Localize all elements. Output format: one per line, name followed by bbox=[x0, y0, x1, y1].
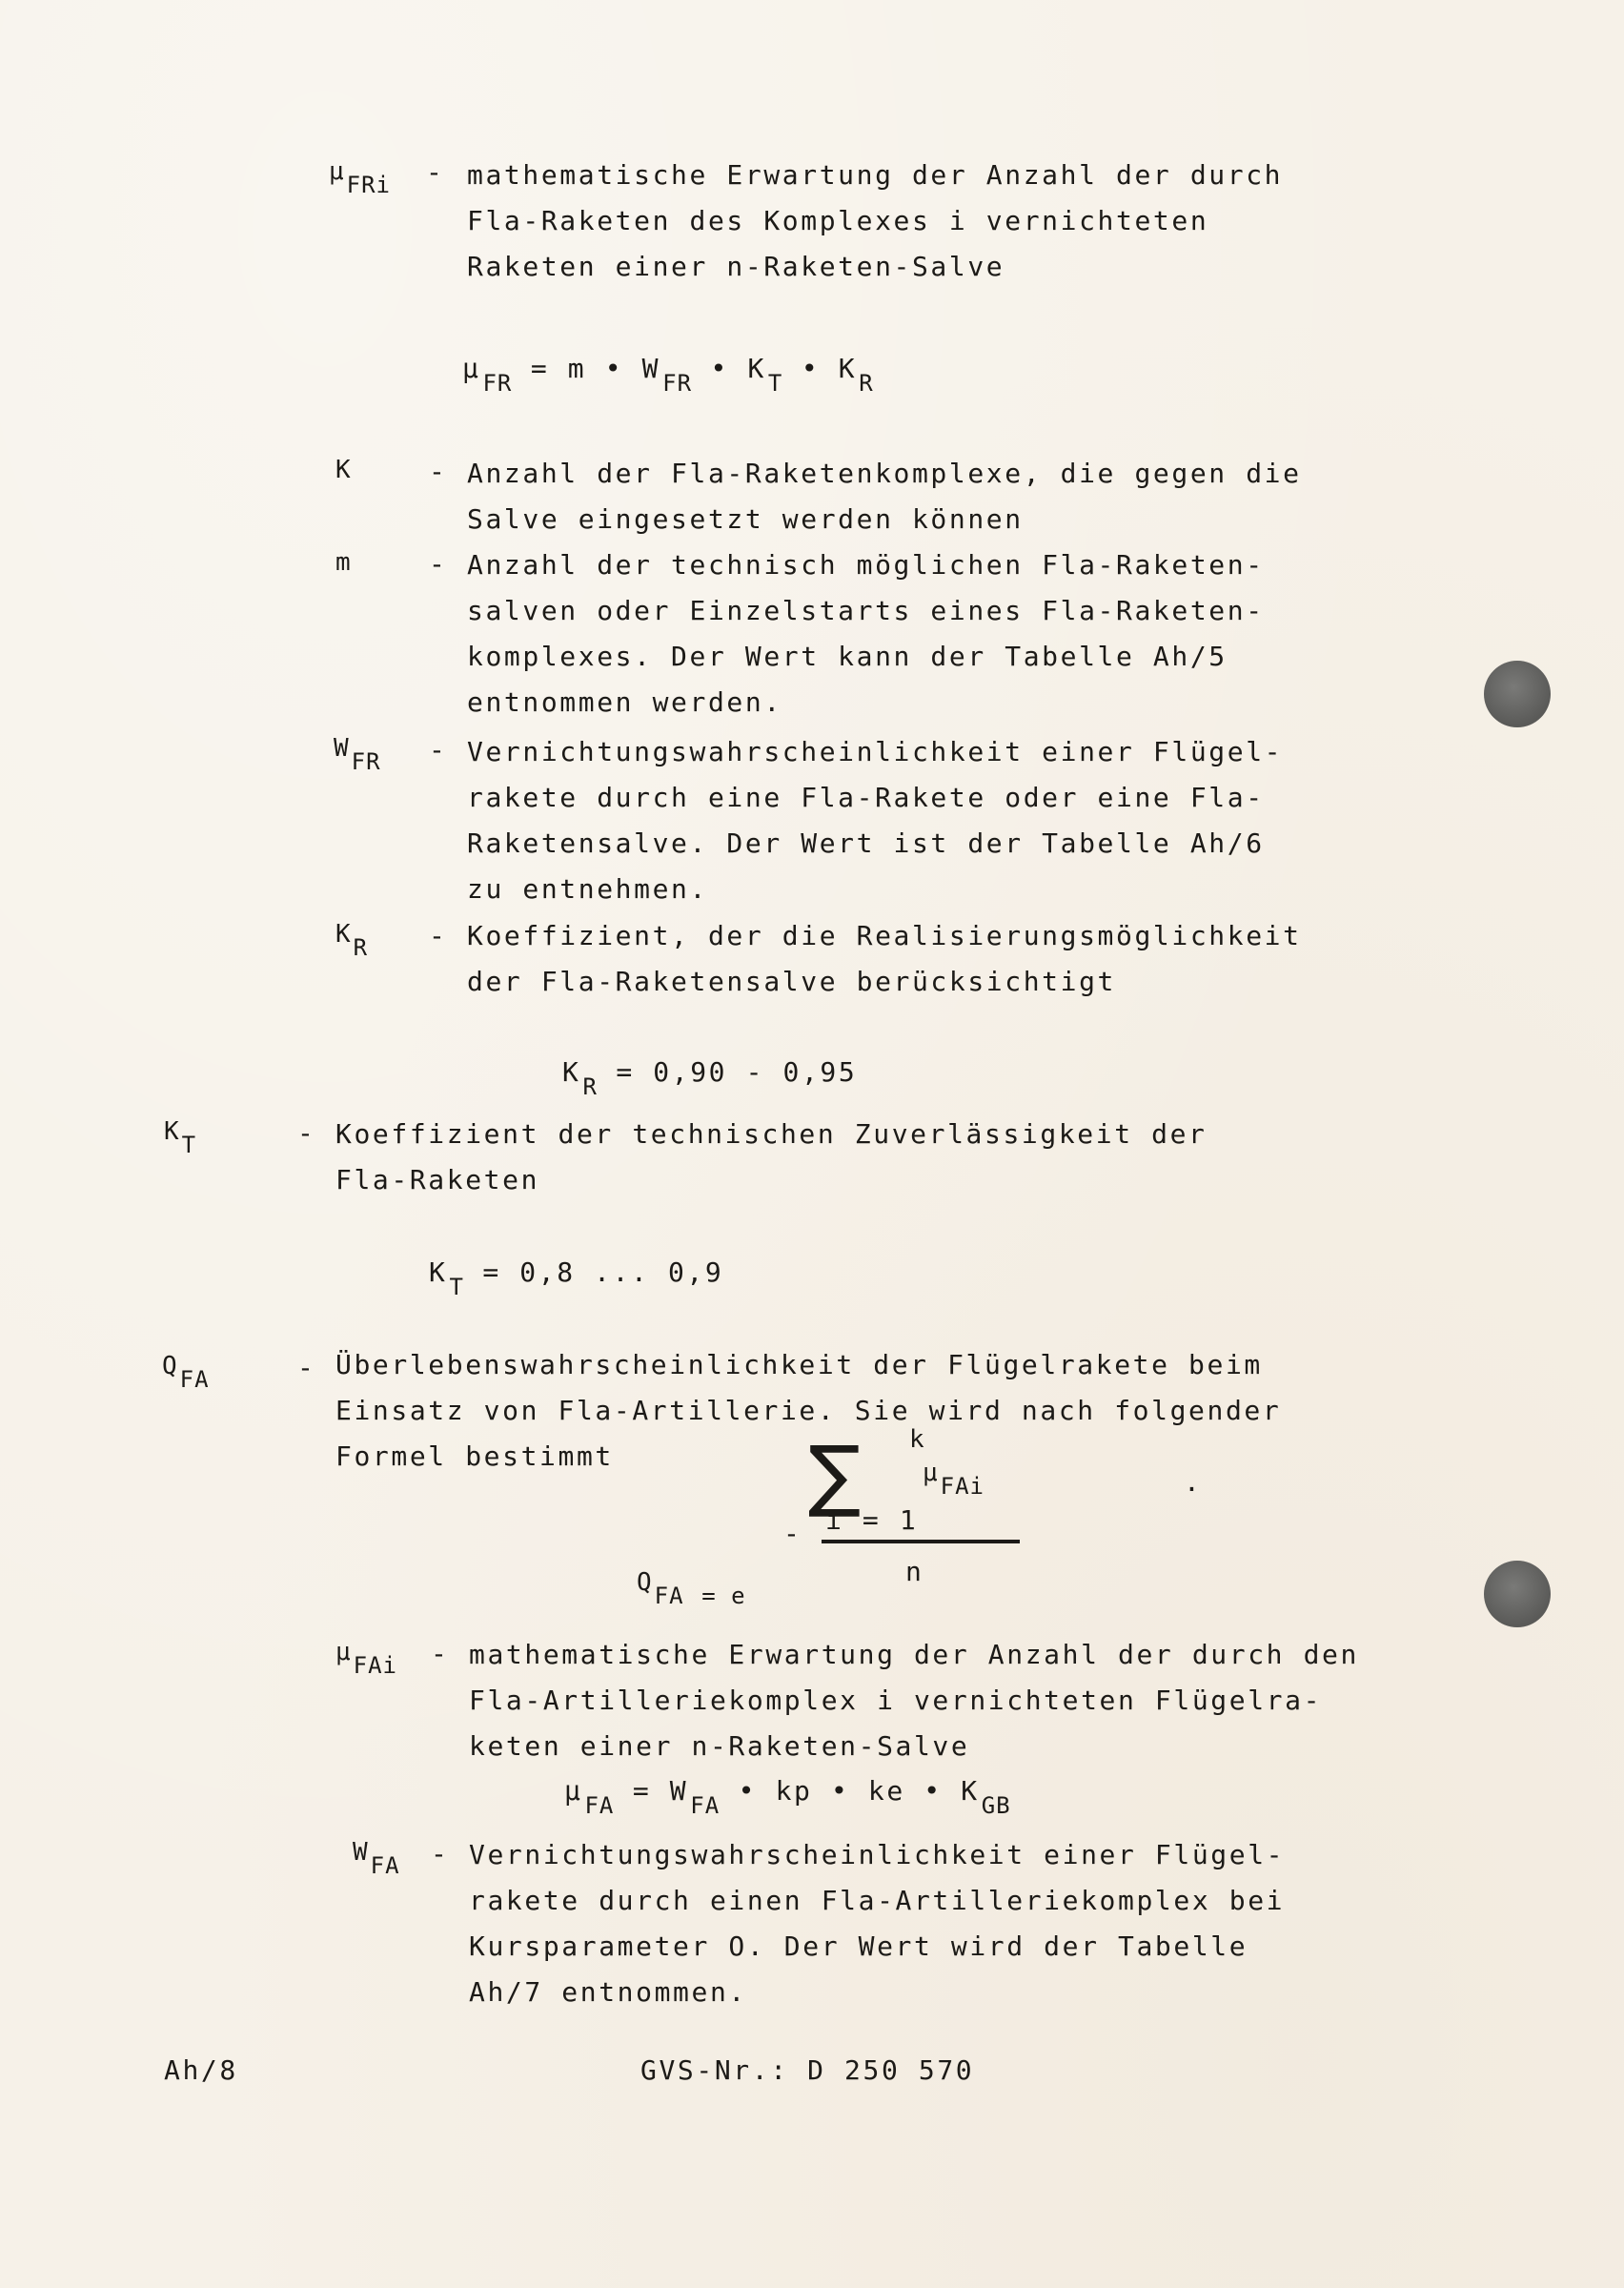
formula-mu-fr: μFR = m • WFR • KT • KR bbox=[462, 353, 874, 384]
text-line: Koeffizient, der die Realisierungsmöglic… bbox=[467, 913, 1302, 959]
definition-k-r: Koeffizient, der die Realisierungsmöglic… bbox=[467, 913, 1302, 1005]
text-line: Ah/7 entnommen. bbox=[469, 1970, 1285, 2015]
definition-mu-fai: mathematische Erwartung der Anzahl der d… bbox=[469, 1632, 1359, 1769]
text-line: salven oder Einzelstarts eines Fla-Raket… bbox=[467, 588, 1265, 634]
text-line: Anzahl der Fla-Raketenkomplexe, die gege… bbox=[467, 451, 1302, 497]
text-line: Einsatz von Fla-Artillerie. Sie wird nac… bbox=[335, 1388, 1281, 1434]
text-line: Koeffizient der technischen Zuverlässigk… bbox=[335, 1112, 1208, 1157]
text-line: Fla-Artilleriekomplex i vernichteten Flü… bbox=[469, 1678, 1359, 1724]
definition-m: Anzahl der technisch möglichen Fla-Raket… bbox=[467, 542, 1265, 725]
symbol-w-fa: WFA bbox=[353, 1838, 400, 1867]
sum-upper-limit: k bbox=[909, 1425, 926, 1454]
formula-k-r-range: KR = 0,90 - 0,95 bbox=[562, 1056, 857, 1088]
text-line: Fla-Raketen bbox=[335, 1157, 1208, 1203]
definition-mu-fri: mathematische Erwartung der Anzahl der d… bbox=[467, 153, 1283, 290]
dash: - bbox=[431, 1638, 449, 1669]
text-line: rakete durch eine Fla-Rakete oder eine F… bbox=[467, 775, 1283, 821]
definition-w-fr: Vernichtungswahrscheinlichkeit einer Flü… bbox=[467, 729, 1283, 912]
symbol-k: K bbox=[335, 456, 352, 484]
punch-hole-bottom bbox=[1484, 1561, 1551, 1627]
definition-k: Anzahl der Fla-Raketenkomplexe, die gege… bbox=[467, 451, 1302, 542]
text-line: mathematische Erwartung der Anzahl der d… bbox=[469, 1632, 1359, 1678]
text-line: mathematische Erwartung der Anzahl der d… bbox=[467, 153, 1283, 198]
symbol-q-fa: QFA bbox=[162, 1352, 210, 1380]
punch-hole-top bbox=[1484, 661, 1551, 727]
text-line: entnommen werden. bbox=[467, 680, 1265, 725]
trailing-dot: . bbox=[1184, 1466, 1202, 1498]
dash: - bbox=[429, 920, 447, 951]
dash: - bbox=[429, 734, 447, 766]
definition-w-fa: Vernichtungswahrscheinlichkeit einer Flü… bbox=[469, 1832, 1285, 2015]
dash: - bbox=[426, 156, 444, 188]
text-line: Überlebenswahrscheinlichkeit der Flügelr… bbox=[335, 1342, 1281, 1388]
fraction-line bbox=[822, 1540, 1020, 1543]
text-line: Fla-Raketen des Komplexes i vernichteten bbox=[467, 198, 1283, 244]
sum-lower-limit: i = 1 bbox=[825, 1504, 918, 1536]
sum-term: μFAi bbox=[923, 1459, 985, 1487]
denominator: n bbox=[905, 1556, 924, 1587]
symbol-mu-fri: μFRi bbox=[329, 157, 391, 186]
text-line: Anzahl der technisch möglichen Fla-Raket… bbox=[467, 542, 1265, 588]
text-line: Kursparameter O. Der Wert wird der Tabel… bbox=[469, 1924, 1285, 1970]
text-line: rakete durch einen Fla-Artilleriekomplex… bbox=[469, 1878, 1285, 1924]
q-fa-lhs: QFA = e bbox=[637, 1568, 746, 1597]
symbol-mu-fai: μFAi bbox=[335, 1638, 397, 1666]
dash: - bbox=[429, 456, 447, 487]
dash: - bbox=[429, 548, 447, 580]
text-line: komplexes. Der Wert kann der Tabelle Ah/… bbox=[467, 634, 1265, 680]
dash: - bbox=[431, 1838, 449, 1869]
text-line: Vernichtungswahrscheinlichkeit einer Flü… bbox=[469, 1832, 1285, 1878]
text-line: Salve eingesetzt werden können bbox=[467, 497, 1302, 542]
symbol-w-fr: WFR bbox=[334, 734, 381, 763]
document-number: GVS-Nr.: D 250 570 bbox=[640, 2054, 974, 2086]
text-line: Raketen einer n-Raketen-Salve bbox=[467, 244, 1283, 290]
formula-k-t-range: KT = 0,8 ... 0,9 bbox=[429, 1256, 723, 1288]
text-line: keten einer n-Raketen-Salve bbox=[469, 1724, 1359, 1769]
dash: - bbox=[297, 1117, 315, 1149]
text-line: der Fla-Raketensalve berücksichtigt bbox=[467, 959, 1302, 1005]
definition-k-t: Koeffizient der technischen Zuverlässigk… bbox=[335, 1112, 1208, 1203]
symbol-k-t: KT bbox=[164, 1117, 196, 1146]
text-line: zu entnehmen. bbox=[467, 867, 1283, 912]
page-label: Ah/8 bbox=[164, 2054, 238, 2086]
symbol-k-r: KR bbox=[335, 920, 368, 949]
text-line: Vernichtungswahrscheinlichkeit einer Flü… bbox=[467, 729, 1283, 775]
dash: - bbox=[297, 1352, 315, 1383]
formula-mu-fa: μFA = WFA • kp • ke • KGB bbox=[564, 1775, 1011, 1807]
symbol-m: m bbox=[335, 548, 352, 577]
minus-sign: - bbox=[783, 1518, 802, 1549]
text-line: Raketensalve. Der Wert ist der Tabelle A… bbox=[467, 821, 1283, 867]
